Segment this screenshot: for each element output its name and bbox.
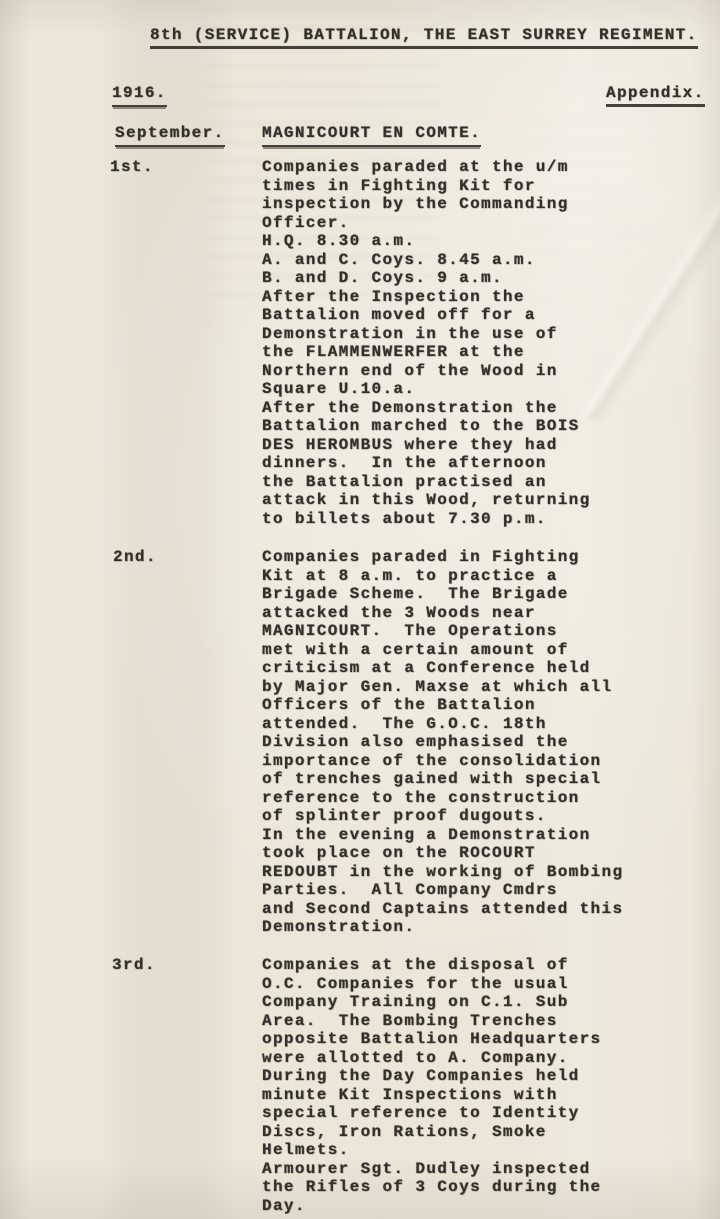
location-heading: MAGNICOURT EN COMTE. xyxy=(262,124,481,147)
document-title: 8th (SERVICE) BATTALION, THE EAST SURREY… xyxy=(150,26,698,49)
appendix-label: Appendix. xyxy=(606,84,705,107)
entry-body: Companies paraded at the u/m times in Fi… xyxy=(262,158,694,528)
entry-body: Companies at the disposal of O.C. Compan… xyxy=(262,956,694,1215)
entry-date: 2nd. xyxy=(113,548,157,567)
entry-body: Companies paraded in Fighting Kit at 8 a… xyxy=(262,548,694,937)
entry-date: 3rd. xyxy=(112,956,156,975)
year-heading: 1916. xyxy=(112,84,167,107)
entry-date: 1st. xyxy=(110,158,154,177)
scanned-war-diary-page: 8th (SERVICE) BATTALION, THE EAST SURREY… xyxy=(0,0,720,1219)
month-heading: September. xyxy=(115,124,225,147)
